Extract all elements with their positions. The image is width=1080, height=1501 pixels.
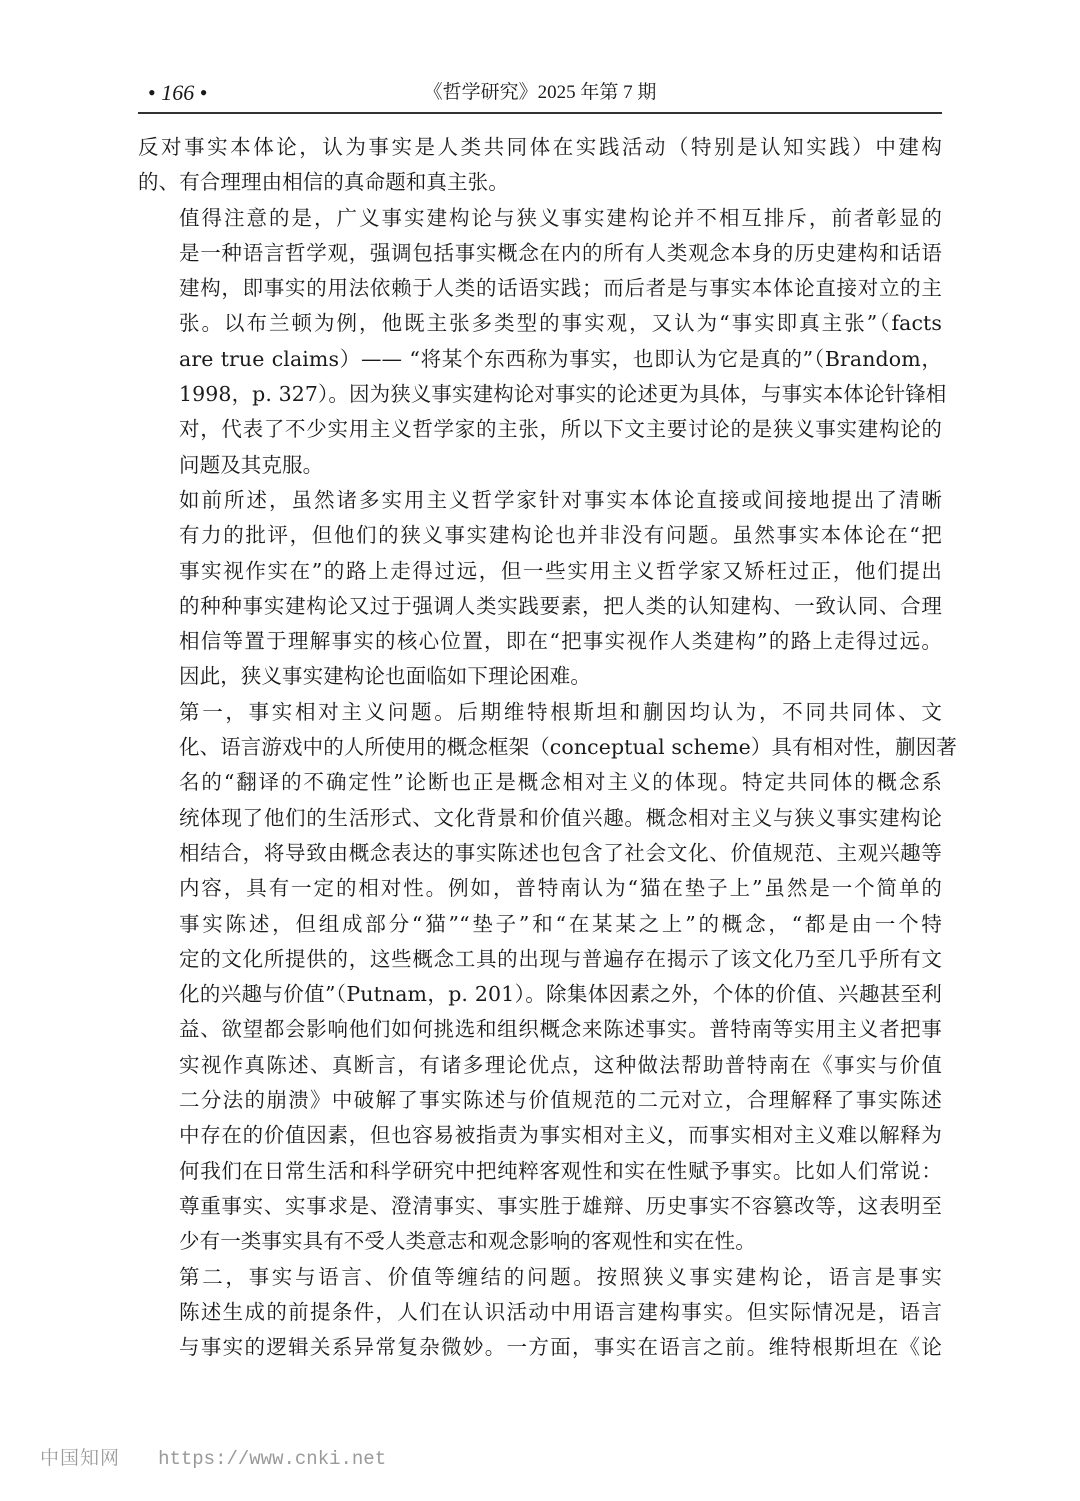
text-line: 第一，事实相对主义问题。后期维特根斯坦和蒯因均认为，不同共同体、文 [138, 695, 942, 730]
text-line: 化、语言游戏中的人所使用的概念框架（conceptual scheme）具有相对… [138, 730, 942, 765]
text-line: 事实陈述，但组成部分“猫”“垫子”和“在某某之上”的概念，“都是由一个特 [138, 907, 942, 942]
cnki-url-link[interactable]: https://www.cnki.net [158, 1448, 386, 1470]
text-line: 建构，即事实的用法依赖于人类的话语实践；而后者是与事实本体论直接对立的主 [138, 271, 942, 306]
text-line: 陈述生成的前提条件，人们在认识活动中用语言建构事实。但实际情况是，语言 [138, 1295, 942, 1330]
text-line: 少有一类事实具有不受人类意志和观念影响的客观性和实在性。 [138, 1224, 942, 1259]
text-line: 1998，p. 327）。因为狭义事实建构论对事实的论述更为具体，与事实本体论针… [138, 377, 942, 412]
paragraph: 值得注意的是，广义事实建构论与狭义事实建构论并不相互排斥，前者彰显的是一种语言哲… [138, 201, 942, 483]
text-line: 定的文化所提供的，这些概念工具的出现与普遍存在揭示了该文化乃至几乎所有文 [138, 942, 942, 977]
text-line: 如前所述，虽然诸多实用主义哲学家针对事实本体论直接或间接地提出了清晰 [138, 483, 942, 518]
article-body: 反对事实本体论，认为事实是人类共同体在实践活动（特别是认知实践）中建构的、有合理… [138, 130, 942, 1365]
text-line: 问题及其克服。 [138, 448, 942, 483]
page-header: • 166 • 《哲学研究》2025 年第 7 期 [138, 78, 942, 110]
paragraph: 如前所述，虽然诸多实用主义哲学家针对事实本体论直接或间接地提出了清晰有力的批评，… [138, 483, 942, 695]
text-line: 对，代表了不少实用主义哲学家的主张，所以下文主要讨论的是狭义事实建构论的 [138, 412, 942, 447]
text-line: 是一种语言哲学观，强调包括事实概念在内的所有人类观念本身的历史建构和话语 [138, 236, 942, 271]
text-line: 相结合，将导致由概念表达的事实陈述也包含了社会文化、价值规范、主观兴趣等 [138, 836, 942, 871]
text-line: 因此，狭义事实建构论也面临如下理论困难。 [138, 659, 942, 694]
text-line: 何我们在日常生活和科学研究中把纯粹客观性和实在性赋予事实。比如人们常说： [138, 1154, 942, 1189]
text-line: 实视作真陈述、真断言，有诸多理论优点，这种做法帮助普特南在《事实与价值 [138, 1048, 942, 1083]
text-line: 第二，事实与语言、价值等缠结的问题。按照狭义事实建构论，语言是事实 [138, 1260, 942, 1295]
text-line: are true claims）—— “将某个东西称为事实，也即认为它是真的”（… [138, 342, 942, 377]
text-line: 化的兴趣与价值”（Putnam，p. 201）。除集体因素之外，个体的价值、兴趣… [138, 977, 942, 1012]
text-line: 内容，具有一定的相对性。例如，普特南认为“猫在垫子上”虽然是一个简单的 [138, 871, 942, 906]
text-line: 相信等置于理解事实的核心位置，即在“把事实视作人类建构”的路上走得过远。 [138, 624, 942, 659]
text-line: 有力的批评，但他们的狭义事实建构论也并非没有问题。虽然事实本体论在“把 [138, 518, 942, 553]
text-line: 事实视作实在”的路上走得过远，但一些实用主义哲学家又矫枉过正，他们提出 [138, 554, 942, 589]
text-line: 尊重事实、实事求是、澄清事实、事实胜于雄辩、历史事实不容篡改等，这表明至 [138, 1189, 942, 1224]
journal-issue-title: 《哲学研究》2025 年第 7 期 [138, 78, 942, 108]
paragraph: 第二，事实与语言、价值等缠结的问题。按照狭义事实建构论，语言是事实陈述生成的前提… [138, 1260, 942, 1366]
text-line: 反对事实本体论，认为事实是人类共同体在实践活动（特别是认知实践）中建构 [138, 130, 942, 165]
paragraph: 第一，事实相对主义问题。后期维特根斯坦和蒯因均认为，不同共同体、文化、语言游戏中… [138, 695, 942, 1260]
footer-watermark: 中国知网 https://www.cnki.net [40, 1444, 386, 1473]
cnki-brand: 中国知网 [40, 1447, 120, 1469]
paragraph: 反对事实本体论，认为事实是人类共同体在实践活动（特别是认知实践）中建构的、有合理… [138, 130, 942, 201]
header-divider [138, 112, 942, 114]
text-line: 的种种事实建构论又过于强调人类实践要素，把人类的认知建构、一致认同、合理 [138, 589, 942, 624]
text-line: 值得注意的是，广义事实建构论与狭义事实建构论并不相互排斥，前者彰显的 [138, 201, 942, 236]
text-line: 二分法的崩溃》中破解了事实陈述与价值规范的二元对立，合理解释了事实陈述 [138, 1083, 942, 1118]
text-line: 与事实的逻辑关系异常复杂微妙。一方面，事实在语言之前。维特根斯坦在《论 [138, 1330, 942, 1365]
text-line: 张。以布兰顿为例，他既主张多类型的事实观，又认为“事实即真主张”（facts [138, 306, 942, 341]
text-line: 名的“翻译的不确定性”论断也正是概念相对主义的体现。特定共同体的概念系 [138, 765, 942, 800]
text-line: 的、有合理理由相信的真命题和真主张。 [138, 165, 942, 200]
text-line: 统体现了他们的生活形式、文化背景和价值兴趣。概念相对主义与狭义事实建构论 [138, 801, 942, 836]
text-line: 中存在的价值因素，但也容易被指责为事实相对主义，而事实相对主义难以解释为 [138, 1118, 942, 1153]
text-line: 益、欲望都会影响他们如何挑选和组织概念来陈述事实。普特南等实用主义者把事 [138, 1012, 942, 1047]
